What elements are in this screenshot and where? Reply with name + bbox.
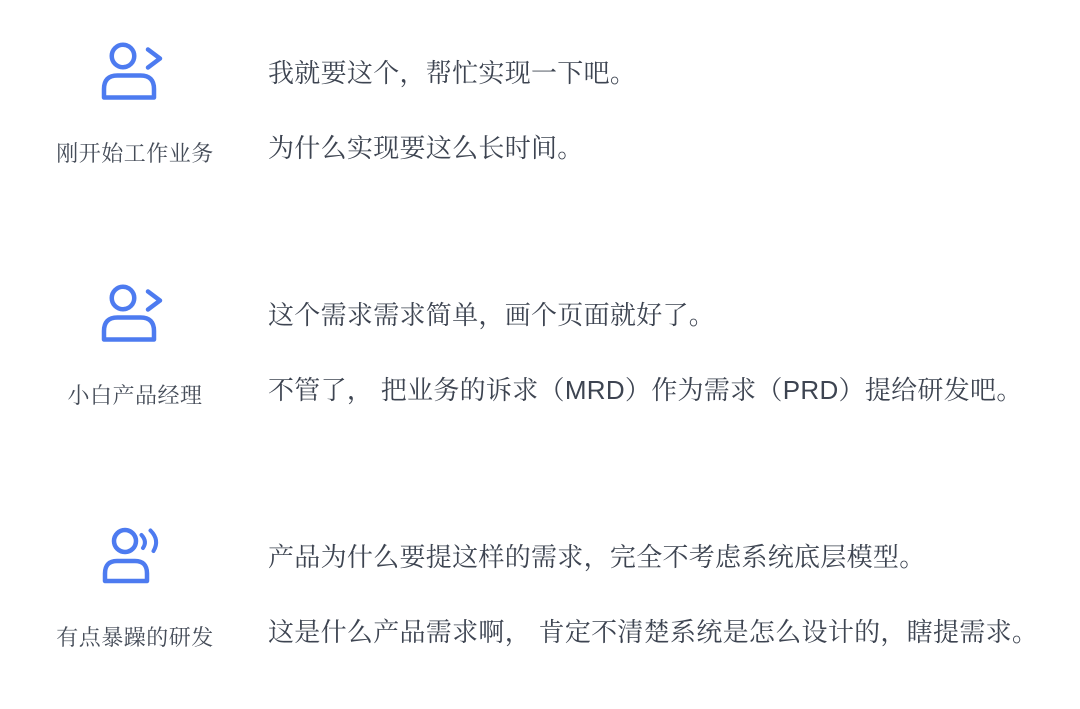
- persona-identity: 小白产品经理: [40, 284, 230, 409]
- persona-label: 小白产品经理: [67, 382, 202, 409]
- quote-line: 这是什么产品需求啊， 肯定不清楚系统是怎么设计的，瞎提需求。: [268, 617, 1038, 647]
- persona-label: 有点暴躁的研发: [56, 624, 214, 651]
- persona-label: 刚开始工作业务: [56, 140, 214, 167]
- persona-identity: 刚开始工作业务: [40, 42, 230, 167]
- quote-line: 不管了， 把业务的诉求（MRD）作为需求（PRD）提给研发吧。: [268, 375, 1023, 405]
- persona-quote-list: 这个需求需求简单，画个页面就好了。 不管了， 把业务的诉求（MRD）作为需求（P…: [268, 284, 1023, 405]
- persona-quote-list: 产品为什么要提这样的需求，完全不考虑系统底层模型。 这是什么产品需求啊， 肯定不…: [268, 526, 1038, 647]
- quote-line: 产品为什么要提这样的需求，完全不考虑系统底层模型。: [268, 542, 1038, 572]
- quote-line: 这个需求需求简单，画个页面就好了。: [268, 300, 1023, 330]
- quote-line: 为什么实现要这么长时间。: [268, 133, 636, 163]
- person-chevron-icon: [101, 42, 169, 100]
- person-chevron-icon: [101, 284, 169, 342]
- quote-line: 我就要这个，帮忙实现一下吧。: [268, 58, 636, 88]
- persona-section-developer: 有点暴躁的研发 产品为什么要提这样的需求，完全不考虑系统底层模型。 这是什么产品…: [40, 526, 1060, 651]
- person-sound-waves-icon: [101, 526, 169, 584]
- persona-quote-list: 我就要这个，帮忙实现一下吧。 为什么实现要这么长时间。: [268, 42, 636, 163]
- persona-section-business: 刚开始工作业务 我就要这个，帮忙实现一下吧。 为什么实现要这么长时间。: [40, 42, 1060, 167]
- persona-section-product-manager: 小白产品经理 这个需求需求简单，画个页面就好了。 不管了， 把业务的诉求（MRD…: [40, 284, 1060, 409]
- persona-quotes-graphic: 刚开始工作业务 我就要这个，帮忙实现一下吧。 为什么实现要这么长时间。 小白产品…: [0, 0, 1080, 709]
- persona-identity: 有点暴躁的研发: [40, 526, 230, 651]
